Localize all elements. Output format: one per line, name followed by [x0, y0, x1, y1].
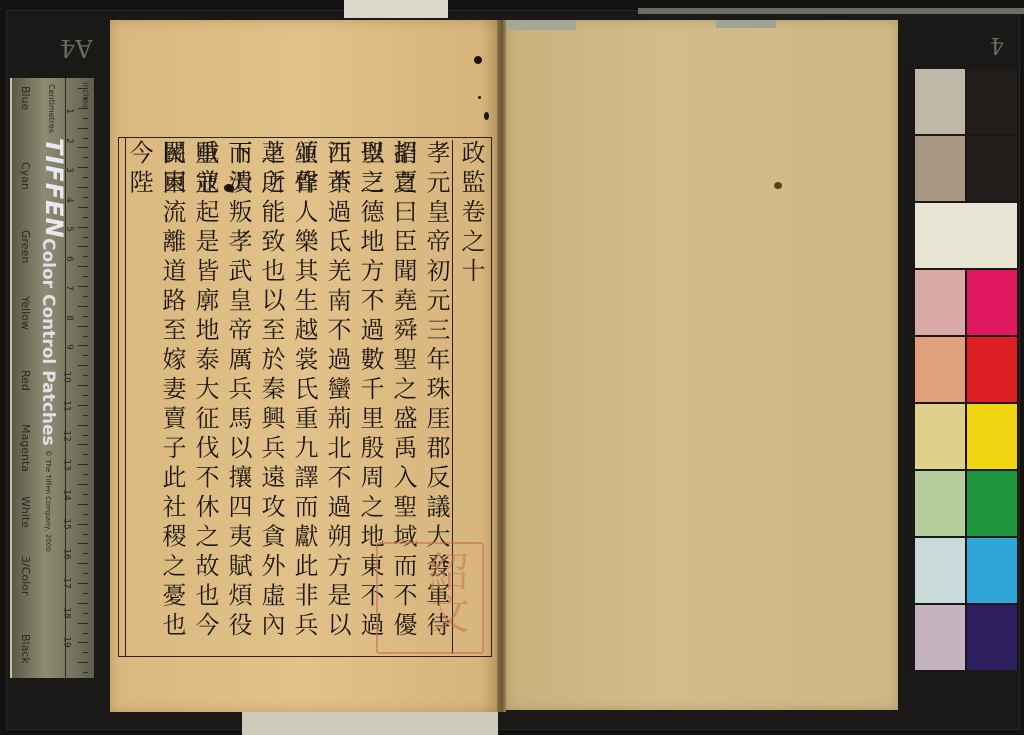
color-label-black: Black [19, 634, 32, 664]
ruler-tick [78, 207, 88, 208]
color-patch-right [966, 604, 1018, 671]
ruler-tick [83, 593, 88, 594]
text-column: 賊並起是皆廓地泰大征伐不休之故也今關東 [188, 140, 221, 654]
book-right-page [506, 20, 898, 710]
color-label-red: Red [19, 370, 32, 391]
ruler-tick [83, 276, 88, 277]
cm-tick-label: 15 [61, 518, 71, 529]
cm-tick-label: 12 [61, 430, 71, 441]
cm-tick-label: 10 [61, 371, 71, 382]
ruler-tick [83, 672, 88, 673]
mat-label-right: 4 [990, 32, 1004, 57]
ruler-tick [78, 623, 88, 624]
ruler-tick [83, 157, 88, 158]
ruler-tick [78, 227, 88, 228]
color-patch-left [914, 135, 966, 202]
ruler-tick [78, 642, 88, 643]
ruler-tick [83, 534, 88, 535]
cm-tick-label: 6 [64, 256, 74, 262]
ruler-tick [83, 553, 88, 554]
ruler-tick [83, 573, 88, 574]
color-patch-right [966, 135, 1018, 202]
ruler-tick [78, 326, 88, 327]
cm-tick-label: 19 [61, 636, 71, 647]
cm-tick-label: 13 [61, 459, 71, 470]
stain-spot [774, 182, 782, 189]
product-title: Color Control Patches [38, 238, 58, 446]
color-patch-right [966, 403, 1018, 470]
ink-spot [224, 184, 234, 192]
ruler-tick [83, 217, 88, 218]
text-column: 並作人樂其生越裳氏重九譯而獻此非兵革之 [287, 140, 320, 654]
ink-spot [474, 56, 482, 64]
ruler-tick [78, 246, 88, 247]
cm-tick-label: 7 [64, 285, 74, 291]
cm-tick-label: 16 [61, 548, 71, 559]
ruler-tick [83, 375, 88, 376]
text-column: 民困流離道路至嫁妻賣子此社稷之憂也今陛 [155, 140, 188, 654]
ruler-tick [78, 603, 88, 604]
color-patch-left [914, 403, 966, 470]
ruler-tick [78, 583, 88, 584]
ruler-tick [78, 365, 88, 366]
ruler-tick [78, 147, 88, 148]
ruler-tick [83, 316, 88, 317]
color-patch-left [914, 336, 966, 403]
cm-tick-label: 18 [61, 607, 71, 618]
ruler-tick [78, 128, 88, 129]
color-patch-left [914, 537, 966, 604]
ruler-tick [83, 435, 88, 436]
color-patch-left [914, 470, 966, 537]
ruler-tick [83, 336, 88, 337]
inches-label: Inches [81, 82, 90, 108]
ruler-tick [78, 444, 88, 445]
book-left-page: 政監卷之十 孝元皇帝初元三年珠厓郡反議大發軍待詔賈 捐之曰臣聞堯舜聖之盛禹入聖域… [110, 20, 500, 712]
tiffen-ruler-card: 12345678910111213141516171819 Centimetre… [10, 78, 94, 678]
ruler-tick [78, 543, 88, 544]
ruler-tick [83, 138, 88, 139]
ruler-tick [83, 197, 88, 198]
text-column: 之所能致也以至於秦興兵遠攻貪外虛內而天 [254, 140, 287, 654]
color-label-blue: Blue [19, 86, 32, 110]
ruler-tick [83, 494, 88, 495]
cm-tick-label: 14 [61, 489, 71, 500]
top-mat-strip [638, 8, 1024, 14]
ruler-tick [83, 454, 88, 455]
ruler-tick [78, 306, 88, 307]
ruler-tick [78, 425, 88, 426]
ruler-tick [78, 484, 88, 485]
ruler-tick [78, 524, 88, 525]
seal-text: 紹文 [416, 550, 476, 634]
ruler-tick [78, 266, 88, 267]
color-label-3color: 3/Color [19, 556, 32, 595]
ruler-tick [83, 237, 88, 238]
book-spine [497, 20, 506, 712]
red-seal-stamp: 紹文 [376, 542, 484, 654]
color-patch-right [966, 336, 1018, 403]
ruler-tick [78, 286, 88, 287]
text-column: 西不過氐羌南不過蠻荊北不過朔方是以頌聲 [320, 140, 353, 654]
copyright-text: © The Tiffen Company, 2000 [44, 450, 52, 552]
ruler-tick [83, 177, 88, 178]
ink-spot [484, 112, 489, 120]
ruler-tick [78, 385, 88, 386]
mat-label-left: A4 [60, 34, 93, 62]
text-column: 下潰叛孝武皇帝厲兵馬以攘四夷賦煩役重寇 [221, 140, 254, 654]
ruler-tick [83, 296, 88, 297]
cm-tick-label: 9 [64, 344, 74, 350]
color-patch [914, 202, 1018, 269]
ruler-tick [78, 563, 88, 564]
cm-tick-label: 17 [61, 577, 71, 588]
ruler-scale: 12345678910111213141516171819 [65, 78, 88, 678]
color-label-white: White [19, 496, 32, 528]
top-paper-tab [344, 0, 448, 18]
color-label-yellow: Yellow [19, 296, 32, 330]
ruler-tick [78, 504, 88, 505]
color-label-green: Green [19, 230, 32, 263]
ruler-tick [83, 633, 88, 634]
frame-margin-line [125, 138, 126, 656]
color-patch-right [966, 68, 1018, 135]
color-label-magenta: Magenta [19, 424, 32, 472]
ruler-tick [78, 405, 88, 406]
ruler-tick [78, 662, 88, 663]
ruler-tick [83, 118, 88, 119]
bottom-paper-tab [242, 710, 498, 735]
centimetres-label: Centimetres [47, 84, 56, 133]
torn-edge [716, 20, 776, 28]
ink-spot [478, 96, 481, 99]
cm-tick-label: 11 [61, 400, 71, 411]
color-label-cyan: Cyan [19, 162, 32, 190]
ruler-tick [78, 187, 88, 188]
ruler-tick [83, 613, 88, 614]
color-patch-right [966, 269, 1018, 336]
color-patch-right [966, 537, 1018, 604]
ruler-tick [78, 167, 88, 168]
ruler-tick [83, 395, 88, 396]
cm-tick-label: 1 [64, 108, 74, 114]
ruler-tick [83, 355, 88, 356]
ruler-tick [83, 256, 88, 257]
color-patch-left [914, 269, 966, 336]
ruler-tick [83, 652, 88, 653]
torn-edge [506, 20, 576, 30]
color-patch-right [966, 470, 1018, 537]
ruler-tick [78, 464, 88, 465]
tiffen-logo: TIFFEN [40, 138, 68, 239]
ruler-tick [83, 474, 88, 475]
color-patch-left [914, 68, 966, 135]
ruler-tick [78, 345, 88, 346]
cm-tick-label: 8 [64, 315, 74, 321]
ruler-tick [83, 514, 88, 515]
color-patch-left [914, 604, 966, 671]
ruler-tick [83, 415, 88, 416]
color-control-patches [910, 64, 1018, 674]
